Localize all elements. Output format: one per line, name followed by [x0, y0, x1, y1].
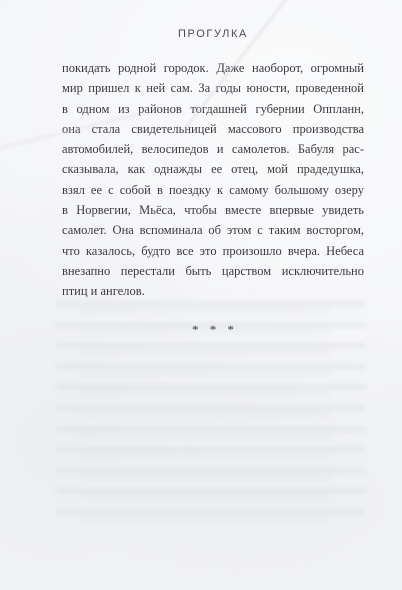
paragraph-line: взял ее с собой в поездку к самому больш… — [62, 180, 364, 200]
paragraph-line: птиц и ангелов. — [62, 281, 364, 301]
paragraph-line: в Норвегии, Мьёса, чтобы вместе впервые … — [62, 200, 364, 220]
paragraph-line: она стала свидетельницей массового произ… — [62, 119, 364, 139]
paragraph-line: автомобилей, велосипедов и самолетов. Ба… — [62, 139, 364, 159]
paragraph-line: в одном из районов тогдашней губернии Оп… — [62, 99, 364, 119]
paragraph-line: что казалось, будто все это произошло вч… — [62, 241, 364, 261]
paragraph-line: покидать родной городок. Даже наоборот, … — [62, 58, 364, 78]
running-head: ПРОГУЛКА — [62, 28, 364, 40]
paragraph-line: сказывала, как однажды ее отец, мой прад… — [62, 159, 364, 179]
book-page: ПРОГУЛКА покидать родной городок. Даже н… — [0, 0, 402, 590]
paragraph-line: самолет. Она вспоминала об этом с таким … — [62, 220, 364, 240]
section-break-asterisks: * * * — [62, 320, 364, 340]
paragraph-line: мир пришел к ней сам. За годы юности, пр… — [62, 78, 364, 98]
body-paragraph: покидать родной городок. Даже наоборот, … — [62, 58, 364, 302]
paragraph-line: внезапно перестали быть царством исключи… — [62, 261, 364, 281]
